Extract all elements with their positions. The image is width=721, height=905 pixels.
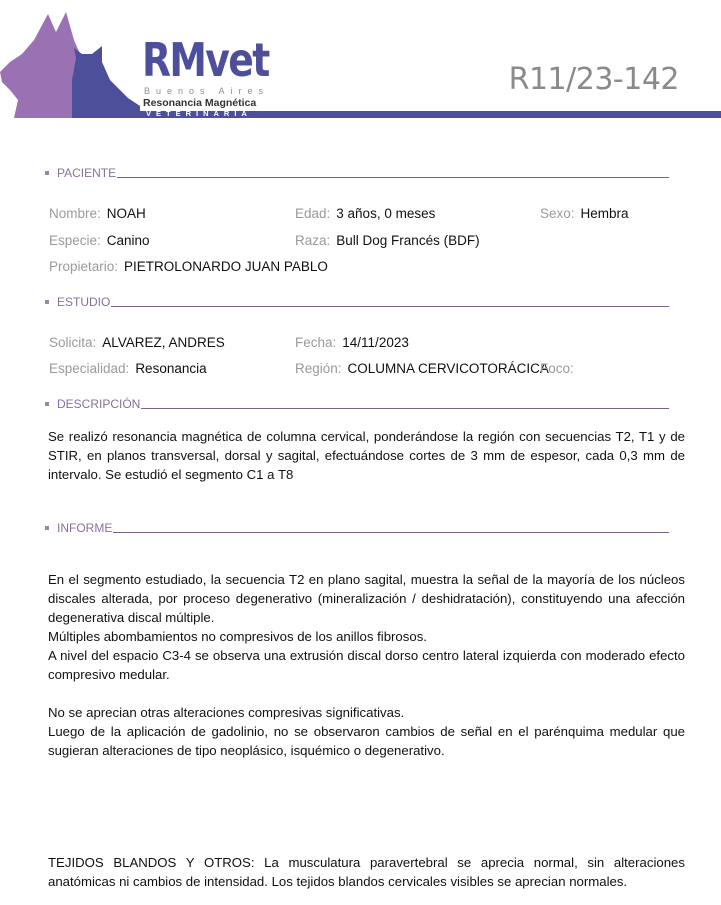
value: 14/11/2023 <box>342 335 409 350</box>
value: ALVAREZ, ANDRES <box>102 335 225 350</box>
section-title-descripcion: DESCRIPCIÓN <box>57 397 140 411</box>
section-paciente: PACIENTE <box>45 166 669 180</box>
section-divider <box>111 306 669 307</box>
section-title-informe: INFORME <box>57 521 112 535</box>
value: 3 años, 0 meses <box>336 206 435 221</box>
descripcion-text: Se realizó resonancia magnética de colum… <box>48 427 685 484</box>
section-divider <box>113 532 669 533</box>
label: Edad: <box>295 206 330 221</box>
section-informe: INFORME <box>45 521 669 535</box>
section-divider <box>117 177 669 178</box>
dog-cat-silhouette-logo <box>0 10 140 118</box>
informe-paragraph: TEJIDOS BLANDOS Y OTROS: La musculatura … <box>48 853 685 891</box>
descripcion-paragraph: Se realizó resonancia magnética de colum… <box>48 427 685 484</box>
section-title-estudio: ESTUDIO <box>57 295 110 309</box>
tejidos-blandos-text: TEJIDOS BLANDOS Y OTROS: La musculatura … <box>48 853 685 891</box>
value: Canino <box>107 233 150 248</box>
section-estudio: ESTUDIO <box>45 295 669 309</box>
value: COLUMNA CERVICOTORÁCICA <box>348 361 549 376</box>
field-especie: Especie:Canino <box>49 233 150 248</box>
brand-tagline: Resonancia Magnética <box>143 97 256 109</box>
label: Especie: <box>49 233 101 248</box>
label: Propietario: <box>49 259 118 274</box>
value: Hembra <box>581 206 629 221</box>
informe-paragraph: Múltiples abombamientos no compresivos d… <box>48 627 685 646</box>
label: Fecha: <box>295 335 336 350</box>
field-fecha: Fecha:14/11/2023 <box>295 335 409 350</box>
field-raza: Raza:Bull Dog Francés (BDF) <box>295 233 480 248</box>
field-edad: Edad:3 años, 0 meses <box>295 206 435 221</box>
value: Resonancia <box>135 361 206 376</box>
report-id: R11/23-142 <box>509 62 679 97</box>
label: Especialidad: <box>49 361 129 376</box>
value: NOAH <box>107 206 146 221</box>
value: PIETROLONARDO JUAN PABLO <box>124 259 328 274</box>
label: Solicita: <box>49 335 96 350</box>
informe-paragraph: Luego de la aplicación de gadolinio, no … <box>48 722 685 760</box>
brand-city: Buenos Aires <box>144 86 269 96</box>
field-especialidad: Especialidad:Resonancia <box>49 361 207 376</box>
label: Nombre: <box>49 206 101 221</box>
brand-logo: RMvet <box>142 36 269 84</box>
field-region: Región:COLUMNA CERVICOTORÁCICA <box>295 361 549 376</box>
section-divider <box>141 408 669 409</box>
field-nombre: Nombre:NOAH <box>49 206 146 221</box>
section-bullet-icon <box>45 300 49 304</box>
section-title-paciente: PACIENTE <box>57 166 116 180</box>
value: Bull Dog Francés (BDF) <box>336 233 479 248</box>
label: Foco: <box>540 361 574 376</box>
field-sexo: Sexo:Hembra <box>540 206 629 221</box>
report-header: RMvet Buenos Aires Resonancia Magnética … <box>0 0 721 125</box>
label: Raza: <box>295 233 330 248</box>
section-bullet-icon <box>45 171 49 175</box>
section-bullet-icon <box>45 526 49 530</box>
label: Región: <box>295 361 342 376</box>
section-descripcion: DESCRIPCIÓN <box>45 397 669 411</box>
informe-text: En el segmento estudiado, la secuencia T… <box>48 570 685 760</box>
label: Sexo: <box>540 206 575 221</box>
field-solicita: Solicita:ALVAREZ, ANDRES <box>49 335 225 350</box>
field-propietario: Propietario:PIETROLONARDO JUAN PABLO <box>49 259 328 274</box>
brand-band-text: VETERINARIA <box>146 109 266 119</box>
field-foco: Foco: <box>540 361 580 376</box>
informe-paragraph: No se aprecian otras alteraciones compre… <box>48 703 685 722</box>
informe-paragraph: A nivel del espacio C3-4 se observa una … <box>48 646 685 684</box>
informe-paragraph: En el segmento estudiado, la secuencia T… <box>48 570 685 627</box>
section-bullet-icon <box>45 402 49 406</box>
